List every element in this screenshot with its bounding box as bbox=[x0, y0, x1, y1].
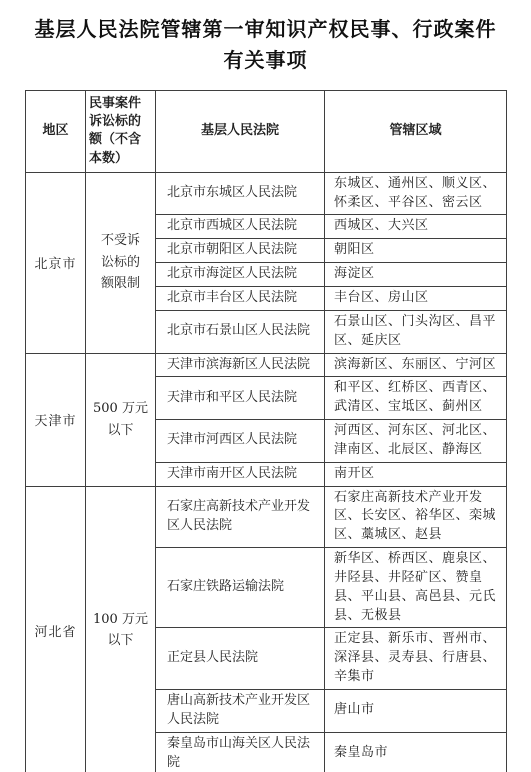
court-cell: 北京市东城区人民法院 bbox=[156, 172, 325, 215]
area-cell: 西城区、大兴区 bbox=[325, 215, 507, 239]
court-cell: 天津市滨海新区人民法院 bbox=[156, 353, 325, 377]
area-cell: 朝阳区 bbox=[325, 239, 507, 263]
court-cell: 北京市海淀区人民法院 bbox=[156, 263, 325, 287]
court-cell: 北京市石景山区人民法院 bbox=[156, 310, 325, 353]
area-cell: 新华区、桥西区、鹿泉区、井陉县、井陉矿区、赞皇县、平山县、高邑县、元氏县、无极县 bbox=[325, 548, 507, 628]
court-cell: 石家庄高新技术产业开发区人民法院 bbox=[156, 486, 325, 548]
area-cell: 正定县、新乐市、晋州市、深泽县、灵寿县、行唐县、辛集市 bbox=[325, 628, 507, 690]
region-cell-beijing: 北京市 bbox=[26, 172, 86, 353]
area-cell: 秦皇岛市 bbox=[325, 732, 507, 772]
col-header-court: 基层人民法院 bbox=[156, 91, 325, 173]
amount-threshold-cell: 不受诉 讼标的 额限制 bbox=[86, 172, 156, 353]
region-cell-hebei: 河北省 bbox=[26, 486, 86, 772]
document-page: 基层人民法院管辖第一审知识产权民事、行政案件 有关事项 地区 民事案件 诉讼标的… bbox=[0, 0, 531, 772]
court-cell: 唐山高新技术产业开发区人民法院 bbox=[156, 690, 325, 733]
area-cell: 河西区、河东区、河北区、津南区、北辰区、静海区 bbox=[325, 420, 507, 463]
table-header-row: 地区 民事案件 诉讼标的 额（不含 本数） 基层人民法院 管辖区域 bbox=[26, 91, 507, 173]
page-title: 基层人民法院管辖第一审知识产权民事、行政案件 有关事项 bbox=[25, 14, 506, 76]
court-cell: 北京市朝阳区人民法院 bbox=[156, 239, 325, 263]
area-cell: 滨海新区、东丽区、宁河区 bbox=[325, 353, 507, 377]
court-cell: 天津市河西区人民法院 bbox=[156, 420, 325, 463]
court-cell: 正定县人民法院 bbox=[156, 628, 325, 690]
area-cell: 东城区、通州区、顺义区、怀柔区、平谷区、密云区 bbox=[325, 172, 507, 215]
court-cell: 天津市南开区人民法院 bbox=[156, 462, 325, 486]
area-cell: 和平区、红桥区、西青区、武清区、宝坻区、蓟州区 bbox=[325, 377, 507, 420]
court-cell: 天津市和平区人民法院 bbox=[156, 377, 325, 420]
court-cell: 北京市西城区人民法院 bbox=[156, 215, 325, 239]
area-cell: 南开区 bbox=[325, 462, 507, 486]
area-cell: 唐山市 bbox=[325, 690, 507, 733]
court-cell: 秦皇岛市山海关区人民法院 bbox=[156, 732, 325, 772]
area-cell: 石景山区、门头沟区、昌平区、延庆区 bbox=[325, 310, 507, 353]
area-cell: 石家庄高新技术产业开发区、长安区、裕华区、栾城区、藁城区、赵县 bbox=[325, 486, 507, 548]
table-row: 天津市 500 万元 以下 天津市滨海新区人民法院 滨海新区、东丽区、宁河区 bbox=[26, 353, 507, 377]
area-cell: 海淀区 bbox=[325, 263, 507, 287]
area-cell: 丰台区、房山区 bbox=[325, 286, 507, 310]
col-header-area: 管辖区域 bbox=[325, 91, 507, 173]
col-header-region: 地区 bbox=[26, 91, 86, 173]
col-header-amount: 民事案件 诉讼标的 额（不含 本数） bbox=[86, 91, 156, 173]
table-row: 河北省 100 万元 以下 石家庄高新技术产业开发区人民法院 石家庄高新技术产业… bbox=[26, 486, 507, 548]
amount-threshold-cell: 100 万元 以下 bbox=[86, 486, 156, 772]
court-cell: 石家庄铁路运输法院 bbox=[156, 548, 325, 628]
table-row: 北京市 不受诉 讼标的 额限制 北京市东城区人民法院 东城区、通州区、顺义区、怀… bbox=[26, 172, 507, 215]
jurisdiction-table: 地区 民事案件 诉讼标的 额（不含 本数） 基层人民法院 管辖区域 北京市 不受… bbox=[25, 90, 507, 772]
court-cell: 北京市丰台区人民法院 bbox=[156, 286, 325, 310]
amount-threshold-cell: 500 万元 以下 bbox=[86, 353, 156, 486]
region-cell-tianjin: 天津市 bbox=[26, 353, 86, 486]
